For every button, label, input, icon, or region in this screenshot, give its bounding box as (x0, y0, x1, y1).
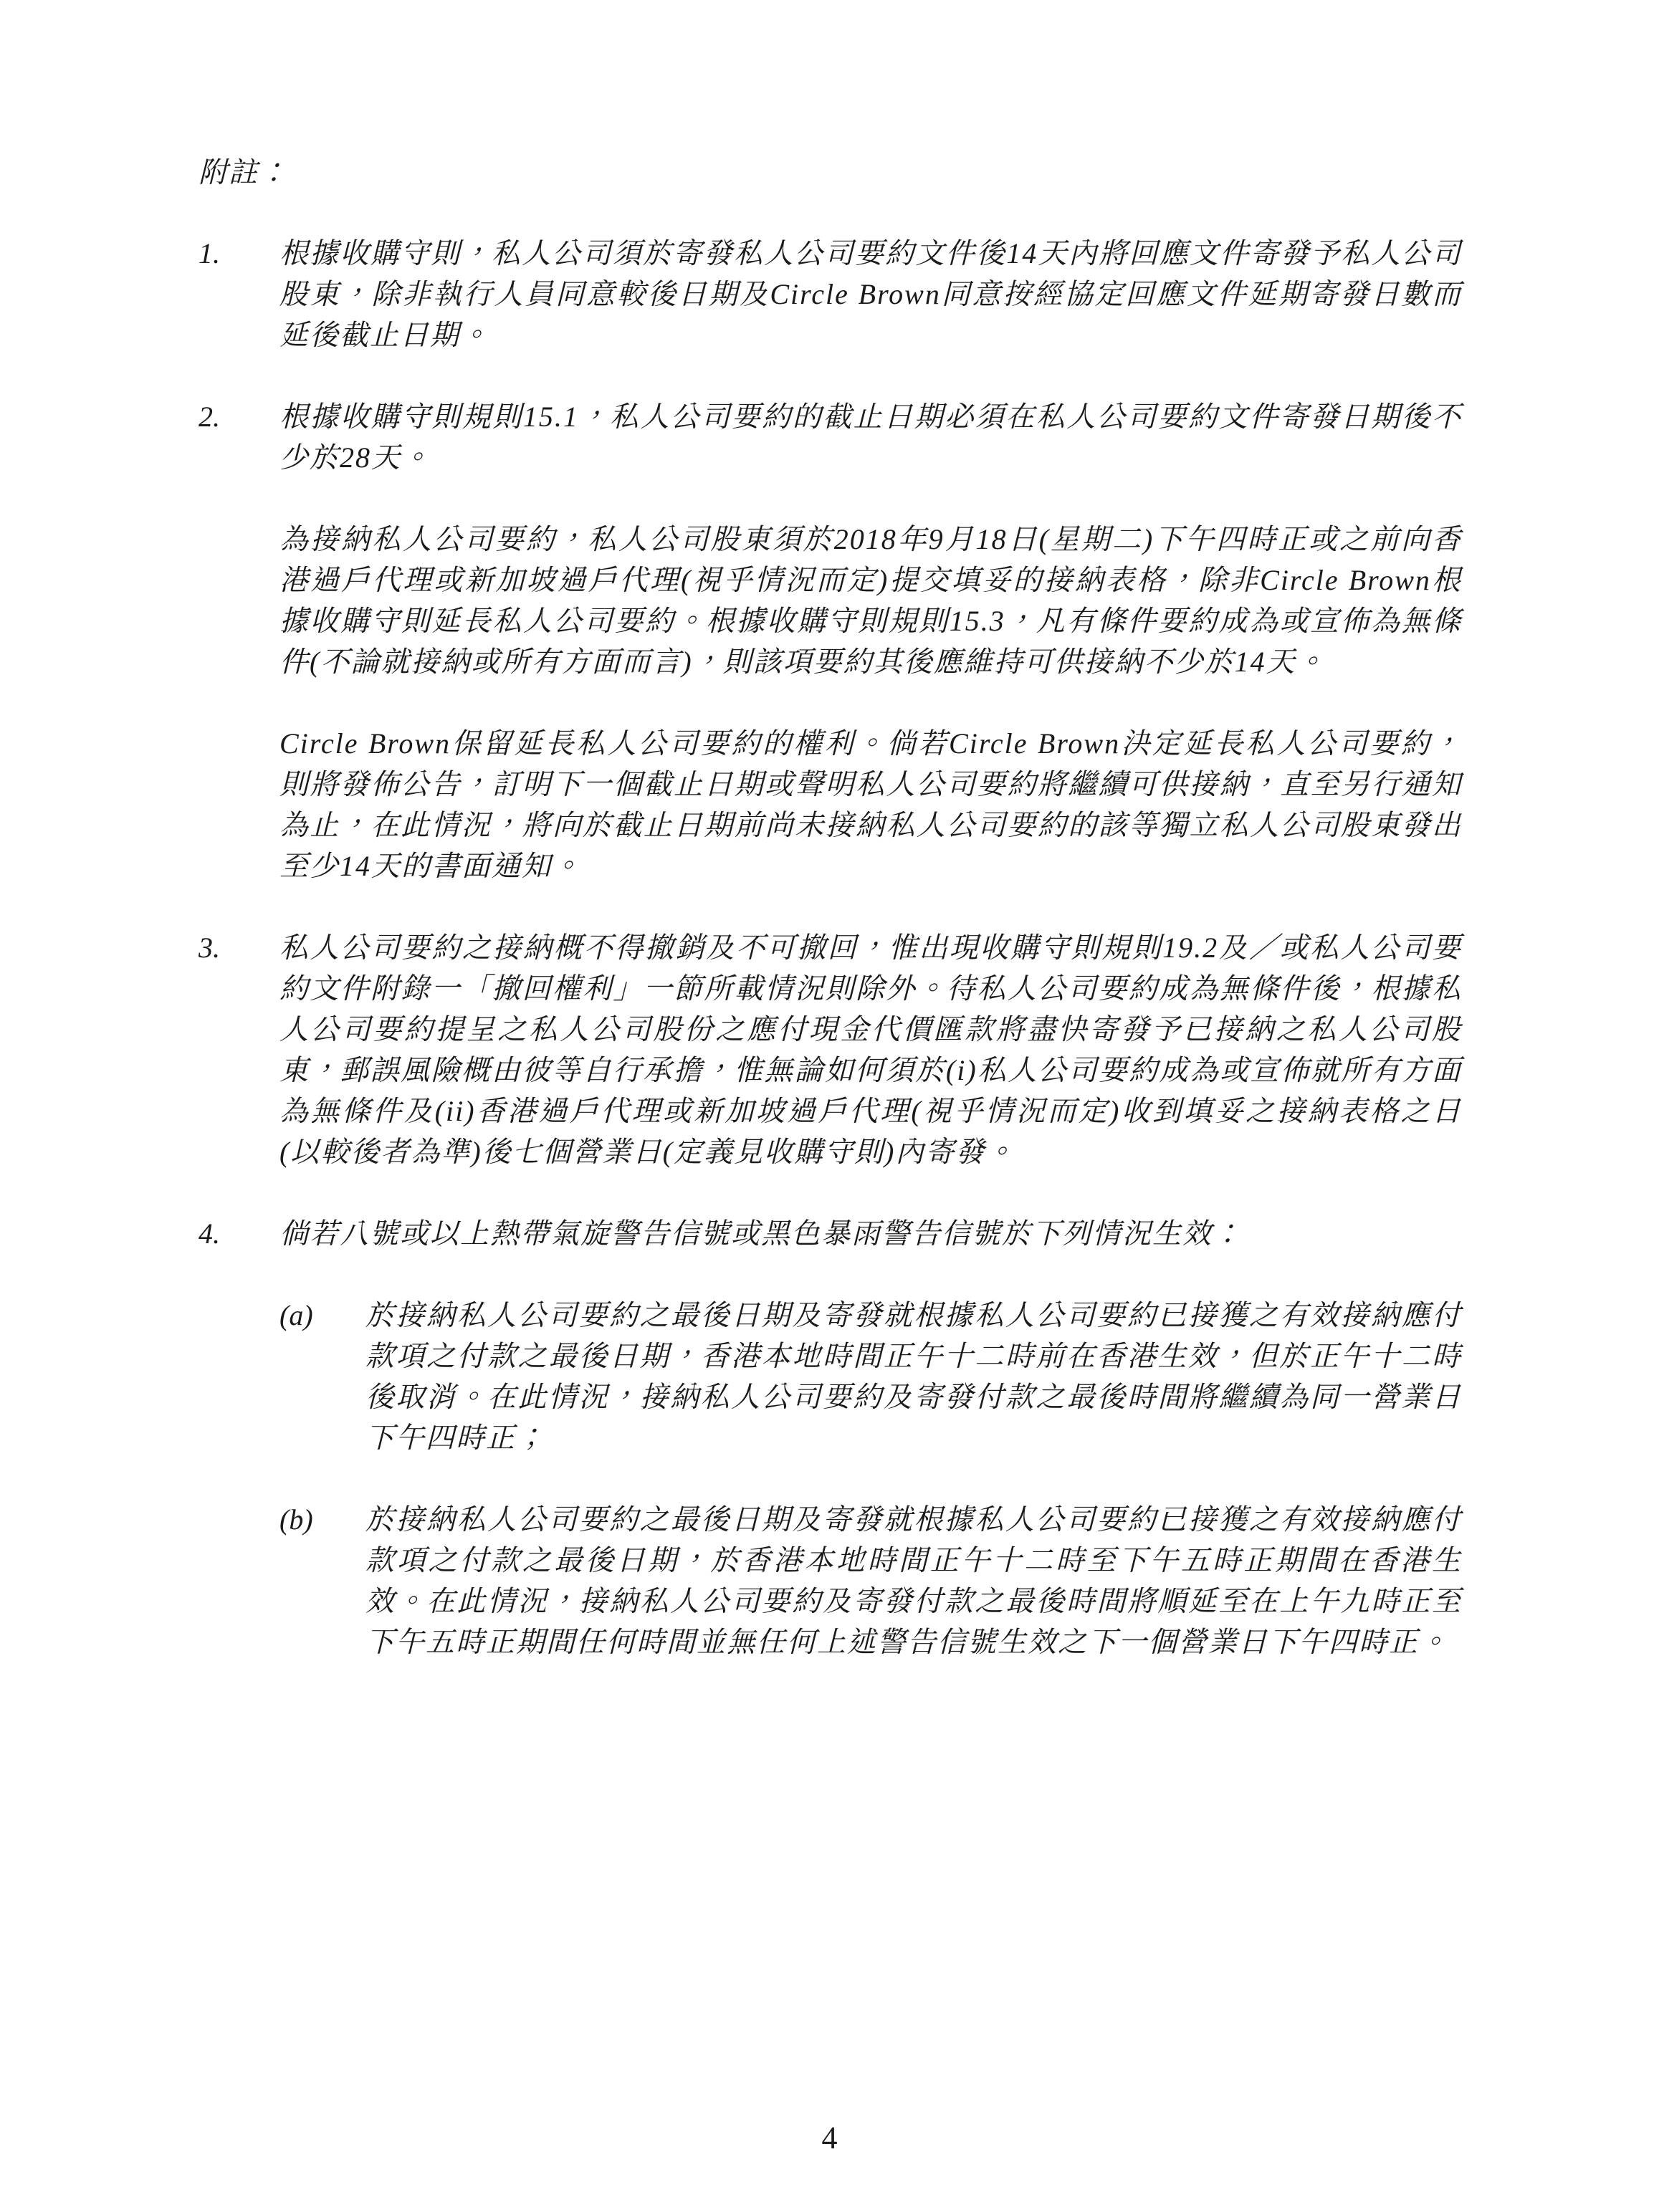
note-paragraph: 私人公司要約之接納概不得撤銷及不可撤回，惟出現收購守則規則19.2及／或私人公司… (279, 927, 1462, 1172)
subnote-item-b: (b) 於接納私人公司要約之最後日期及寄發就根據私人公司要約已接獲之有效接納應付… (279, 1499, 1462, 1662)
note-number: 4. (199, 1213, 279, 1254)
note-paragraph: 為接納私人公司要約，私人公司股東須於2018年9月18日(星期二)下午四時正或之… (279, 519, 1462, 682)
note-paragraph: 倘若八號或以上熱帶氣旋警告信號或黑色暴雨警告信號於下列情況生效： (279, 1213, 1462, 1254)
note-body: 根據收購守則，私人公司須於寄發私人公司要約文件後14天內將回應文件寄發予私人公司… (279, 233, 1462, 355)
subnote-label: (b) (279, 1499, 365, 1540)
note-number: 1. (199, 233, 279, 274)
note-number: 3. (199, 927, 279, 968)
note-body: 倘若八號或以上熱帶氣旋警告信號或黑色暴雨警告信號於下列情況生效： (a) 於接納… (279, 1213, 1462, 1662)
note-body: 私人公司要約之接納概不得撤銷及不可撤回，惟出現收購守則規則19.2及／或私人公司… (279, 927, 1462, 1172)
subnote-label: (a) (279, 1295, 365, 1336)
note-item-4: 4. 倘若八號或以上熱帶氣旋警告信號或黑色暴雨警告信號於下列情況生效： (a) … (199, 1213, 1462, 1662)
notes-heading: 附註： (199, 152, 1462, 193)
note-body: 根據收購守則規則15.1，私人公司要約的截止日期必須在私人公司要約文件寄發日期後… (279, 396, 1462, 886)
note-paragraph: Circle Brown保留延長私人公司要約的權利。倘若Circle Brown… (279, 723, 1462, 886)
document-page: { "document": { "notes_heading": "附註：", … (0, 0, 1659, 2212)
note-item-2: 2. 根據收購守則規則15.1，私人公司要約的截止日期必須在私人公司要約文件寄發… (199, 396, 1462, 886)
subnote-text: 於接納私人公司要約之最後日期及寄發就根據私人公司要約已接獲之有效接納應付款項之付… (365, 1499, 1462, 1662)
note-item-3: 3. 私人公司要約之接納概不得撤銷及不可撤回，惟出現收購守則規則19.2及／或私… (199, 927, 1462, 1172)
subnote-text: 於接納私人公司要約之最後日期及寄發就根據私人公司要約已接獲之有效接納應付款項之付… (365, 1295, 1462, 1458)
note-paragraph: 根據收購守則規則15.1，私人公司要約的截止日期必須在私人公司要約文件寄發日期後… (279, 396, 1462, 478)
subnote-list: (a) 於接納私人公司要約之最後日期及寄發就根據私人公司要約已接獲之有效接納應付… (279, 1295, 1462, 1662)
subnote-item-a: (a) 於接納私人公司要約之最後日期及寄發就根據私人公司要約已接獲之有效接納應付… (279, 1295, 1462, 1458)
note-item-1: 1. 根據收購守則，私人公司須於寄發私人公司要約文件後14天內將回應文件寄發予私… (199, 233, 1462, 355)
note-number: 2. (199, 396, 279, 437)
page-number: 4 (0, 2120, 1659, 2156)
note-paragraph: 根據收購守則，私人公司須於寄發私人公司要約文件後14天內將回應文件寄發予私人公司… (279, 233, 1462, 355)
notes-section: 附註： 1. 根據收購守則，私人公司須於寄發私人公司要約文件後14天內將回應文件… (199, 152, 1462, 1662)
